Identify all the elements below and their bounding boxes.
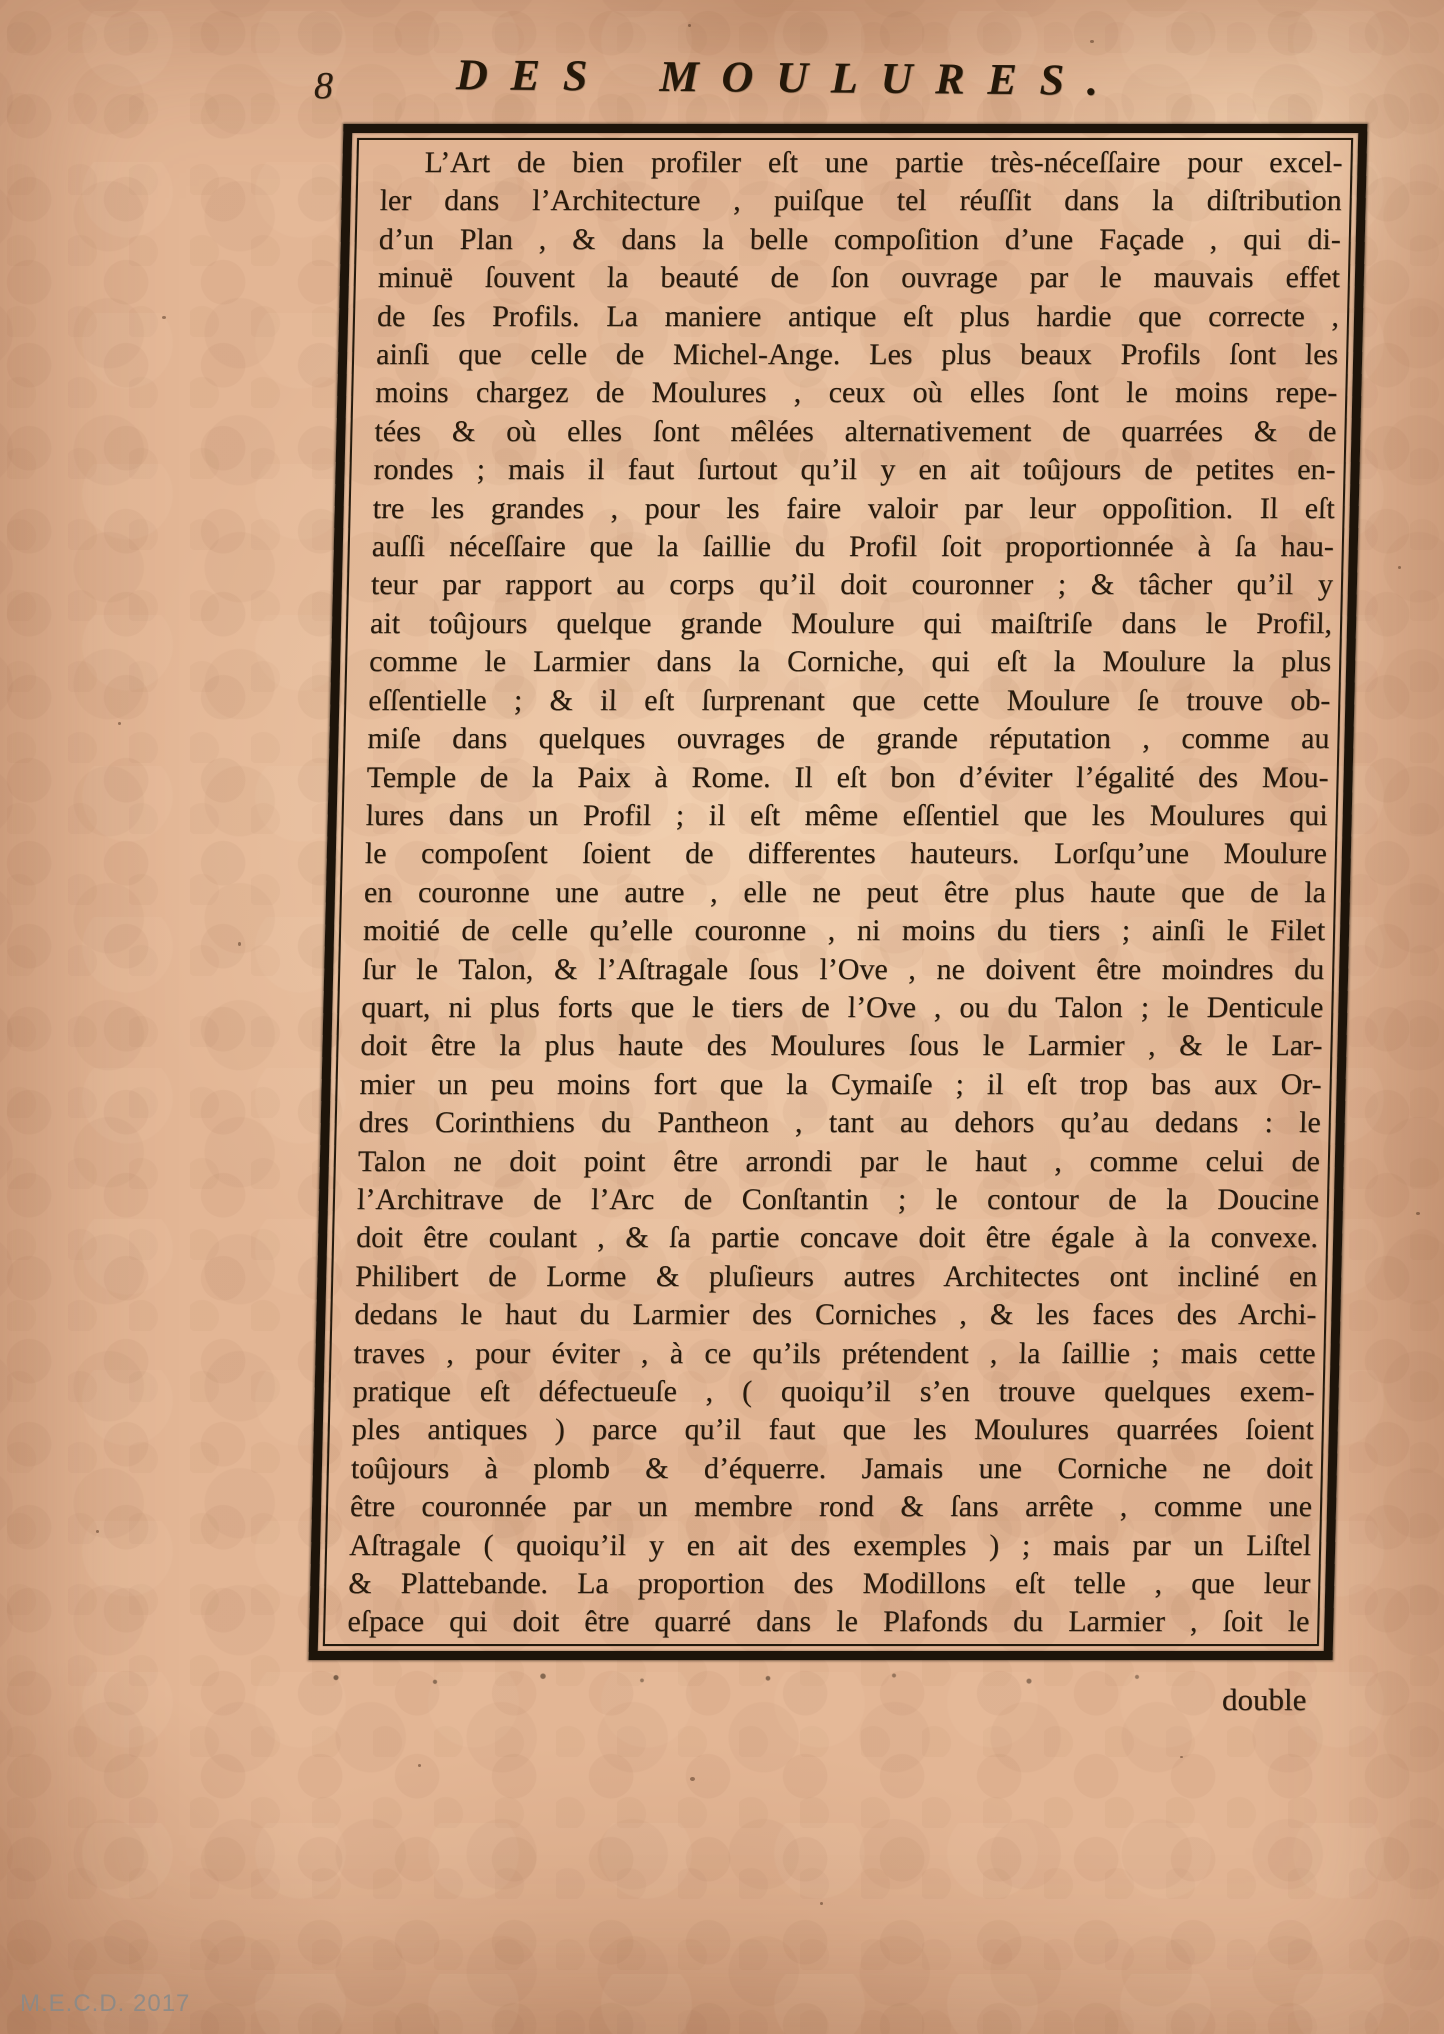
- text-line: Aſtragale ( quoiqu’il y en ait des exemp…: [349, 1527, 1312, 1565]
- text-line: de ſes Profils. La maniere antique eſt p…: [377, 298, 1340, 336]
- ink-spatter-marks: [300, 1672, 1200, 1686]
- digitization-watermark: M.E.C.D. 2017: [20, 1990, 190, 2018]
- text-line: Temple de la Paix à Rome. Il eſt bon d’é…: [366, 759, 1329, 797]
- book-page-scan: 8 DES MOULURES. L’Art de bien profiler e…: [0, 0, 1444, 2034]
- text-frame-inner-rule: L’Art de bien profiler eſt une partie tr…: [323, 138, 1353, 1646]
- text-line: eſpace qui doit être quarré dans le Plaf…: [347, 1603, 1310, 1641]
- text-line: auſſi néceſſaire que la ſaillie du Profi…: [371, 528, 1334, 566]
- text-line: rondes ; mais il faut ſurtout qu’il y en…: [373, 451, 1336, 489]
- text-line: l’Architrave de l’Arc de Conſtantin ; le…: [357, 1181, 1320, 1219]
- text-line: tre les grandes , pour les faire valoir …: [372, 490, 1335, 528]
- text-line: comme le Larmier dans la Corniche, qui e…: [369, 643, 1332, 681]
- text-line: L’Art de bien profiler eſt une partie tr…: [380, 144, 1343, 182]
- text-line: ainſi que celle de Michel-Ange. Les plus…: [376, 336, 1339, 374]
- text-line: ler dans l’Architecture , puiſque tel ré…: [379, 182, 1342, 220]
- text-line: quart, ni plus forts que le tiers de l’O…: [361, 989, 1324, 1027]
- text-frame-border: L’Art de bien profiler eſt une partie tr…: [309, 124, 1368, 1660]
- text-line: teur par rapport au corps qu’il doit cou…: [371, 566, 1334, 604]
- text-line: eſſentielle ; & il eſt ſurprenant que ce…: [368, 682, 1331, 720]
- text-line: le compoſent ſoient de differentes haute…: [364, 835, 1327, 873]
- running-title: DES MOULURES.: [456, 49, 1121, 106]
- text-line: en couronne une autre , elle ne peut êtr…: [364, 874, 1327, 912]
- text-line: être couronnée par un membre rond & ſans…: [350, 1488, 1313, 1526]
- text-line: Talon ne doit point être arrondi par le …: [357, 1143, 1320, 1181]
- page-number: 8: [314, 64, 333, 108]
- text-line: dres Corinthiens du Pantheon , tant au d…: [358, 1104, 1321, 1142]
- text-line: minuë ſouvent la beauté de ſon ouvrage p…: [377, 259, 1340, 297]
- catchword: double: [1222, 1682, 1306, 1718]
- text-line: d’un Plan , & dans la belle compoſition …: [378, 221, 1341, 259]
- text-line: & Plattebande. La proportion des Modillo…: [348, 1565, 1311, 1603]
- text-line: dedans le haut du Larmier des Corniches …: [354, 1296, 1317, 1334]
- text-line: doit être coulant , & ſa partie concave …: [356, 1219, 1319, 1257]
- text-line: toûjours à plomb & d’équerre. Jamais une…: [350, 1450, 1313, 1488]
- body-text: L’Art de bien profiler eſt une partie tr…: [347, 144, 1343, 1644]
- text-line: ait toûjours quelque grande Moulure qui …: [370, 605, 1333, 643]
- text-line: mier un peu moins fort que la Cymaiſe ; …: [359, 1066, 1322, 1104]
- text-line: Philibert de Lorme & pluſieurs autres Ar…: [355, 1258, 1318, 1296]
- text-line: lures dans un Profil ; il eſt même eſſen…: [365, 797, 1328, 835]
- text-line: moitié de celle qu’elle couronne , ni mo…: [363, 912, 1326, 950]
- text-line: ſur le Talon, & l’Aſtragale ſous l’Ove ,…: [362, 951, 1325, 989]
- text-line: tées & où elles ſont mêlées alternativem…: [374, 413, 1337, 451]
- text-line: pratique eſt défectueuſe , ( quoiqu’il s…: [352, 1373, 1315, 1411]
- text-line: moins chargez de Moulures , ceux où elle…: [375, 374, 1338, 412]
- text-line: ples antiques ) parce qu’il faut que les…: [351, 1411, 1314, 1449]
- text-line: traves , pour éviter , à ce qu’ils préte…: [353, 1335, 1316, 1373]
- text-line: doit être la plus haute des Moulures ſou…: [360, 1027, 1323, 1065]
- text-line: miſe dans quelques ouvrages de grande ré…: [367, 720, 1330, 758]
